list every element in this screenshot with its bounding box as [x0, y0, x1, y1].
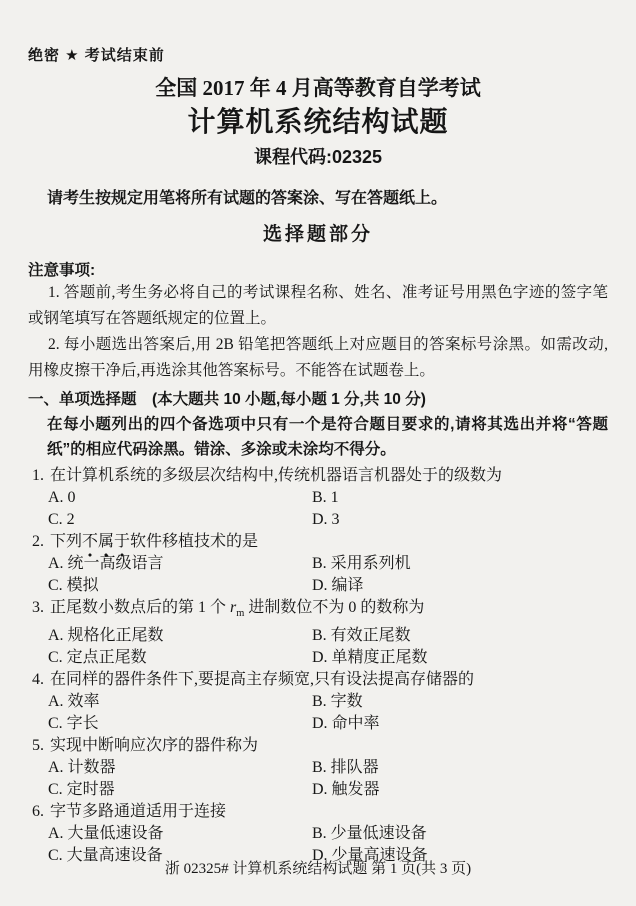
question-4-option-c: C. 字长	[48, 713, 312, 735]
question-3-option-d: D. 单精度正尾数	[312, 647, 608, 669]
part-heading: 选择题部分	[28, 224, 608, 246]
course-code: 课程代码:02325	[28, 147, 608, 168]
page-footer: 浙 02325# 计算机系统结构试题 第 1 页(共 3 页)	[0, 860, 636, 878]
paper-title: 计算机系统结构试题	[28, 106, 608, 138]
stem-text: 软件移植技术的是	[130, 533, 258, 550]
question-3: 3. 正尾数小数点后的第 1 个 rm 进制数位不为 0 的数称为 A. 规格化…	[28, 597, 608, 669]
question-5-option-b: B. 排队器	[312, 757, 608, 779]
question-5-option-d: D. 触发器	[312, 779, 608, 801]
section-1-heading: 一、单项选择题 (本大题共 10 小题,每小题 1 分,共 10 分)	[28, 389, 608, 411]
question-2-option-d: D. 编译	[312, 575, 608, 597]
question-6: 6. 字节多路通道适用于连接 A. 大量低速设备 B. 少量低速设备 C. 大量…	[28, 801, 608, 867]
question-4: 4. 在同样的器件条件下,要提高主存频宽,只有设法提高存储器的 A. 效率 B.…	[28, 669, 608, 735]
question-1-option-b: B. 1	[312, 487, 608, 509]
question-list: 1. 在计算机系统的多级层次结构中,传统机器语言机器处于的级数为 A. 0 B.…	[28, 465, 608, 867]
question-5-option-c: C. 定时器	[48, 779, 312, 801]
notes-heading: 注意事项:	[28, 262, 608, 280]
question-1-option-c: C. 2	[48, 509, 312, 531]
question-1-option-d: D. 3	[312, 509, 608, 531]
stem-text: 正尾数小数点后的第 1 个	[50, 599, 230, 616]
question-1-options: A. 0 B. 1 C. 2 D. 3	[48, 487, 608, 531]
question-5: 5. 实现中断响应次序的器件称为 A. 计数器 B. 排队器 C. 定时器 D.…	[28, 735, 608, 801]
question-2-option-c: C. 模拟	[48, 575, 312, 597]
question-3-options: A. 规格化正尾数 B. 有效正尾数 C. 定点正尾数 D. 单精度正尾数	[48, 625, 608, 669]
question-2-options: A. 统一高级语言 B. 采用系列机 C. 模拟 D. 编译	[48, 553, 608, 597]
question-2-option-a: A. 统一高级语言	[48, 553, 312, 575]
question-2-stem: 下列不属于软件移植技术的是	[50, 531, 608, 553]
question-1-stem: 在计算机系统的多级层次结构中,传统机器语言机器处于的级数为	[50, 465, 608, 487]
question-2-number: 2.	[32, 531, 50, 553]
answer-sheet-instruction: 请考生按规定用笔将所有试题的答案涂、写在答题纸上。	[28, 189, 608, 209]
question-6-option-a: A. 大量低速设备	[48, 823, 312, 845]
question-5-stem: 实现中断响应次序的器件称为	[50, 735, 608, 757]
question-2-option-b: B. 采用系列机	[312, 553, 608, 575]
question-4-number: 4.	[32, 669, 50, 691]
question-1-option-a: A. 0	[48, 487, 312, 509]
exam-session-title: 全国 2017 年 4 月高等教育自学考试	[28, 75, 608, 101]
question-1: 1. 在计算机系统的多级层次结构中,传统机器语言机器处于的级数为 A. 0 B.…	[28, 465, 608, 531]
question-1-number: 1.	[32, 465, 50, 487]
question-4-option-b: B. 字数	[312, 691, 608, 713]
question-5-option-a: A. 计数器	[48, 757, 312, 779]
note-item-1: 1. 答题前,考生务必将自己的考试课程名称、姓名、准考证号用黑色字迹的签字笔或钢…	[28, 280, 608, 332]
note-item-2: 2. 每小题选出答案后,用 2B 铅笔把答题纸上对应题目的答案标号涂黑。如需改动…	[28, 332, 608, 384]
stem-text: 下列	[50, 533, 82, 550]
question-3-option-c: C. 定点正尾数	[48, 647, 312, 669]
section-1-intro: 在每小题列出的四个备选项中只有一个是符合题目要求的,请将其选出并将“答题纸”的相…	[47, 412, 608, 462]
question-6-stem: 字节多路通道适用于连接	[50, 801, 608, 823]
question-6-option-b: B. 少量低速设备	[312, 823, 608, 845]
question-4-option-a: A. 效率	[48, 691, 312, 713]
question-3-number: 3.	[32, 597, 50, 625]
question-6-number: 6.	[32, 801, 50, 823]
question-4-option-d: D. 命中率	[312, 713, 608, 735]
question-3-option-a: A. 规格化正尾数	[48, 625, 312, 647]
question-4-options: A. 效率 B. 字数 C. 字长 D. 命中率	[48, 691, 608, 735]
stem-text: 进制数位不为 0 的数称为	[244, 599, 424, 616]
exam-paper-page: 绝密 ★ 考试结束前 全国 2017 年 4 月高等教育自学考试 计算机系统结构…	[0, 0, 636, 906]
question-3-stem: 正尾数小数点后的第 1 个 rm 进制数位不为 0 的数称为	[50, 597, 608, 625]
question-3-option-b: B. 有效正尾数	[312, 625, 608, 647]
question-4-stem: 在同样的器件条件下,要提高主存频宽,只有设法提高存储器的	[50, 669, 608, 691]
question-5-number: 5.	[32, 735, 50, 757]
question-2: 2. 下列不属于软件移植技术的是 A. 统一高级语言 B. 采用系列机 C. 模…	[28, 531, 608, 597]
security-classification: 绝密 ★ 考试结束前	[28, 48, 608, 64]
question-5-options: A. 计数器 B. 排队器 C. 定时器 D. 触发器	[48, 757, 608, 801]
